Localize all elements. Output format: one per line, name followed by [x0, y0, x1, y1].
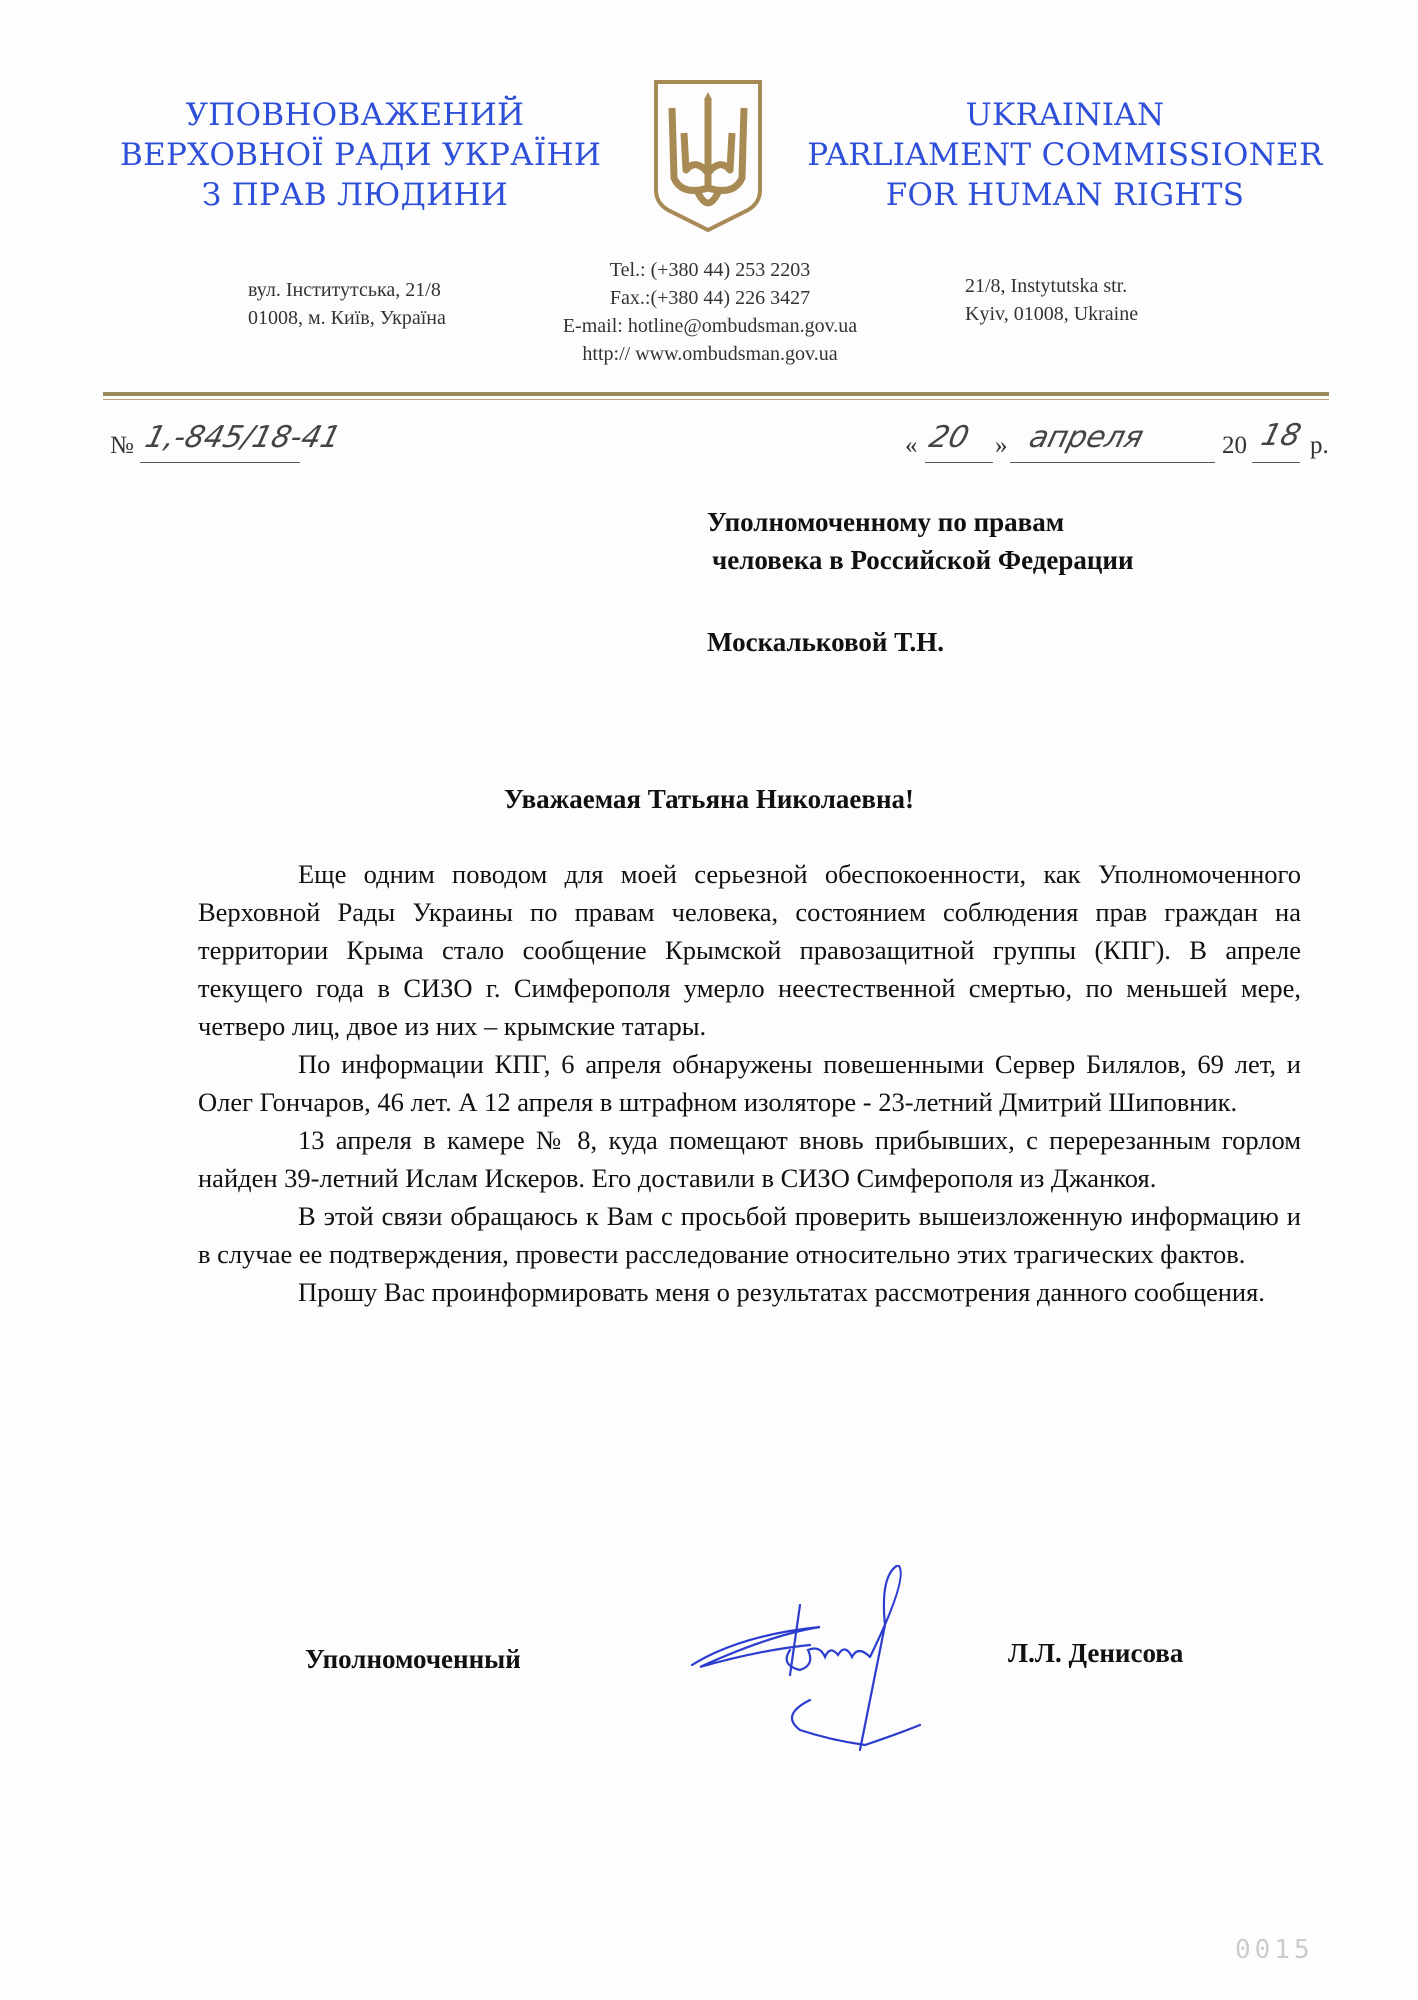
- letterhead-title-ua: УПОВНОВАЖЕНИЙ ВЕРХОВНОЇ РАДИ УКРАЇНИ З П…: [120, 95, 590, 215]
- date-month: апреля: [1026, 420, 1147, 455]
- paragraph: Еще одним поводом для моей серьезной обе…: [198, 855, 1301, 1045]
- header-divider-thin: [103, 399, 1329, 400]
- fax: Fax.:(+380 44) 226 3427: [520, 284, 900, 312]
- addressee-name: Москальковой Т.Н.: [707, 623, 944, 661]
- addressee-line-2: человека в Российской Федерации: [707, 541, 1134, 579]
- number-label: №: [110, 432, 134, 460]
- date-quote-close: »: [995, 432, 1008, 460]
- year-abbrev: р.: [1310, 432, 1329, 460]
- website-link[interactable]: http:// www.ombudsman.gov.ua: [520, 340, 900, 368]
- contact-info: Tel.: (+380 44) 253 2203 Fax.:(+380 44) …: [520, 256, 900, 368]
- day-underline: [925, 462, 993, 463]
- paragraph: 13 апреля в камере № 8, куда помещают вн…: [198, 1121, 1301, 1197]
- signatory-name: Л.Л. Денисова: [1008, 1638, 1183, 1669]
- address-ua-line-1: вул. Інститутська, 21/8: [248, 276, 446, 304]
- address-en: 21/8, Instytutska str. Kyiv, 01008, Ukra…: [965, 272, 1138, 328]
- title-ua-line-3: З ПРАВ ЛЮДИНИ: [120, 175, 590, 215]
- reference-number: 1,-845/18-41: [142, 420, 345, 455]
- salutation: Уважаемая Татьяна Николаевна!: [0, 780, 1418, 818]
- paragraph: Прошу Вас проинформировать меня о резуль…: [198, 1273, 1301, 1311]
- email-link[interactable]: E-mail: hotline@ombudsman.gov.ua: [520, 312, 900, 340]
- paragraph: В этой связи обращаюсь к Вам с просьбой …: [198, 1197, 1301, 1273]
- address-ua: вул. Інститутська, 21/8 01008, м. Київ, …: [248, 276, 446, 332]
- title-en-line-2: PARLIAMENT COMMISSIONER: [805, 135, 1325, 175]
- address-ua-line-2: 01008, м. Київ, Україна: [248, 304, 446, 332]
- header-divider: [103, 392, 1329, 396]
- date-day: 20: [926, 420, 973, 455]
- title-ua-line-1: УПОВНОВАЖЕНИЙ: [120, 95, 590, 135]
- month-underline: [1010, 462, 1215, 463]
- signatory-title: Уполномоченный: [305, 1644, 521, 1675]
- title-ua-line-2: ВЕРХОВНОЇ РАДИ УКРАЇНИ: [120, 135, 590, 175]
- number-underline: [140, 462, 300, 463]
- handwritten-signature-icon: [680, 1565, 1000, 1755]
- faint-stamp-number: 0015: [1235, 1935, 1314, 1965]
- address-en-line-1: 21/8, Instytutska str.: [965, 272, 1138, 300]
- trident-coat-of-arms-icon: [652, 78, 764, 233]
- addressee: Уполномоченному по правам человека в Рос…: [707, 503, 1134, 579]
- addressee-line-1: Уполномоченному по правам: [707, 503, 1134, 541]
- date-quote-open: «: [905, 432, 918, 460]
- year-underline: [1252, 462, 1300, 463]
- letterhead-title-en: UKRAINIAN PARLIAMENT COMMISSIONER FOR HU…: [805, 95, 1325, 215]
- title-en-line-3: FOR HUMAN RIGHTS: [805, 175, 1325, 215]
- phone: Tel.: (+380 44) 253 2203: [520, 256, 900, 284]
- year-prefix: 20: [1222, 432, 1247, 460]
- address-en-line-2: Kyiv, 01008, Ukraine: [965, 300, 1138, 328]
- year-suffix: 18: [1258, 418, 1305, 453]
- paragraph: По информации КПГ, 6 апреля обнаружены п…: [198, 1045, 1301, 1121]
- title-en-line-1: UKRAINIAN: [805, 95, 1325, 135]
- letter-body: Еще одним поводом для моей серьезной обе…: [198, 855, 1301, 1311]
